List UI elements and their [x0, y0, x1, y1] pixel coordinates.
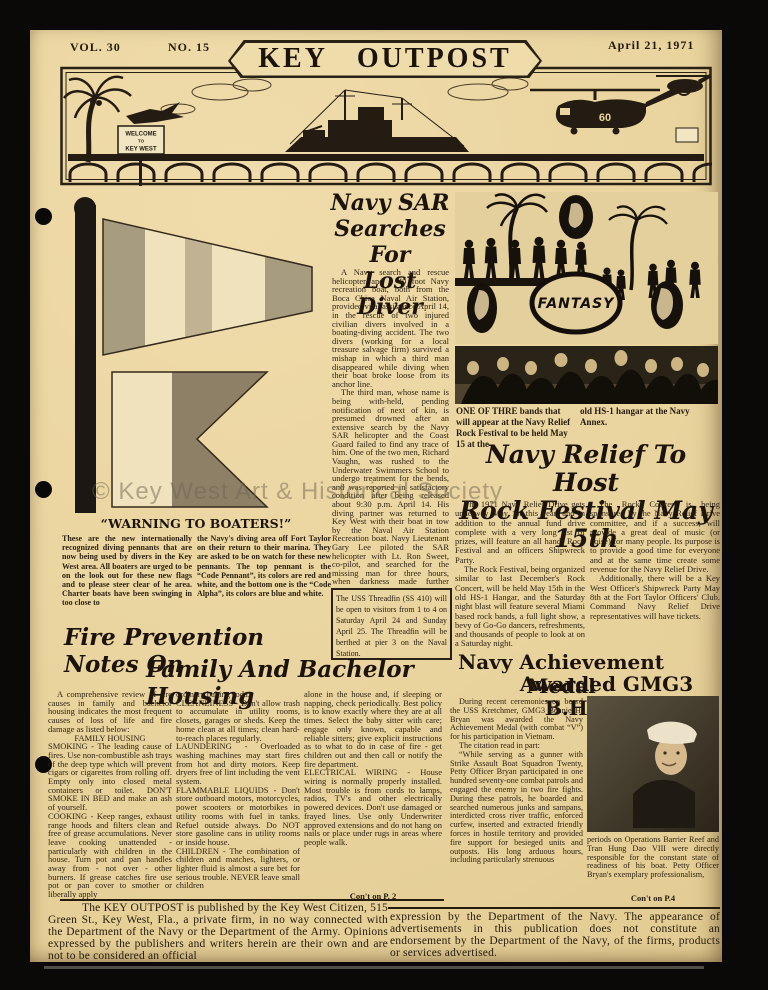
fire-paragraph: A comprehensive review of fire causes in…	[48, 690, 172, 734]
group-photo	[455, 346, 718, 404]
medal-paragraph: “While serving as a gunner with Strike A…	[450, 751, 583, 865]
fire-paragraph: COOKING - Keep ranges, exhaust range hoo…	[48, 812, 172, 899]
masthead-illustration: 60 WELCOME TO KEY WEST	[60, 62, 712, 186]
fire-article-col3: alone in the house and, if sleeping or n…	[304, 690, 442, 888]
fire-paragraph: CHILDREN - The combination of children a…	[176, 847, 300, 891]
fire-paragraph: FLAMMABLE LIQUIDS - Don't store outboard…	[176, 786, 300, 847]
portrait-oval	[559, 195, 593, 239]
fantasy-logo: FANTASY	[532, 274, 620, 332]
fire-paragraph: alone in the house and, if sleeping or n…	[304, 690, 442, 768]
welcome-sign-line3: KEY WEST	[125, 147, 157, 153]
fire-paragraph: LAUNDERING - Overloaded washing machines…	[176, 742, 300, 786]
fire-paragraph: CLEANLINESS - Don't allow trash to accum…	[176, 699, 300, 743]
band-photo: FANTASY	[455, 192, 718, 344]
footer-rule-right	[388, 907, 720, 909]
boaters-warning-heading: “WARNING TO BOATERS!”	[62, 516, 330, 531]
medal-article-under-photo: periods on Operations Barrier Reef and T…	[587, 836, 719, 892]
newspaper-title: KEY OUTPOST	[228, 40, 542, 78]
welcome-sign-line2: TO	[138, 139, 145, 144]
rock-paragraph: The Rock Concert is being sponsored by t…	[590, 500, 720, 574]
fire-article-col1: A comprehensive review of fire causes in…	[48, 690, 172, 902]
rock-paragraph: The Rock Festival, being organized simil…	[455, 565, 585, 649]
boaters-warning-col2: the Navy's diving area off Fort Taylor o…	[197, 534, 331, 629]
boaters-warning-col1: These are the new internationally recogn…	[62, 534, 192, 629]
sailor-photo	[587, 696, 719, 832]
sailor-shoulders	[633, 780, 695, 828]
code-pennant-flag	[103, 205, 315, 365]
flag-pole	[74, 197, 96, 513]
rock-article-col2: The Rock Concert is being sponsored by t…	[590, 500, 720, 662]
rock-article-col1: The 1971 Navy Relief Drive gets underway…	[455, 500, 585, 662]
band-photo-caption-right: old HS-1 hangar at the Navy Annex.	[580, 406, 718, 428]
ship-icon	[285, 90, 469, 152]
threadfin-notice-box: The USS Threadfin (SS 410) will be open …	[331, 588, 452, 660]
issue-number: NO. 15	[168, 40, 210, 55]
medal-continued-note: Con't on P.4	[587, 893, 719, 903]
publisher-notice-left: The KEY OUTPOST is published by the Key …	[48, 902, 388, 962]
aircraft-number: 60	[599, 112, 611, 124]
scanner-edge-artifact	[44, 966, 704, 969]
sar-paragraph: A Navy search and rescue helicopter and …	[332, 268, 449, 388]
footer-rule-left	[60, 899, 444, 901]
medal-paragraph: During recent ceremonies on board the US…	[450, 698, 583, 742]
rock-paragraph: The 1971 Navy Relief Drive gets underway…	[455, 500, 585, 565]
archive-watermark: © Key West Art & Historical Society	[92, 478, 503, 506]
roadside-sign	[676, 128, 698, 142]
hole-punch	[35, 208, 52, 225]
masthead-plaque: KEY OUTPOST	[228, 40, 542, 78]
hole-punch	[35, 481, 52, 498]
diving-flags-illustration	[60, 195, 330, 520]
helicopter-icon: 60	[530, 81, 691, 135]
sar-article-body: A Navy search and rescue helicopter and …	[332, 268, 449, 586]
rock-paragraph: Additionally, there will be a Key West O…	[590, 574, 720, 620]
fire-paragraph: SMOKING - The leading cause of fires. Us…	[48, 742, 172, 812]
portrait-oval	[467, 283, 497, 333]
fire-article-col2: ordinary baking soda. CLEANLINESS - Don'…	[176, 690, 300, 902]
jet-icon	[126, 102, 184, 124]
issue-date: April 21, 1971	[608, 38, 694, 53]
medal-article-col1: During recent ceremonies on board the US…	[450, 698, 583, 906]
newspaper-scan: VOL. 30 NO. 15 April 21, 1971	[0, 0, 768, 990]
band-logo-text: FANTASY	[538, 296, 616, 312]
volume-label: VOL. 30	[70, 40, 121, 55]
portrait-oval	[651, 281, 683, 329]
bridge-icon	[68, 154, 712, 182]
fire-paragraph: ELECTRICAL WIRING - House wiring is norm…	[304, 768, 442, 846]
publisher-notice-right: expression by the Department of the Navy…	[390, 911, 720, 959]
small-helicopter-icon	[656, 74, 710, 93]
welcome-sign-line1: WELCOME	[125, 132, 156, 138]
